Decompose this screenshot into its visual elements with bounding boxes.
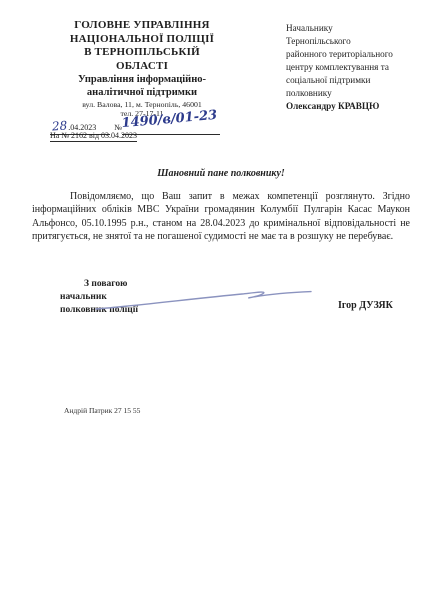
closing-phrase: З повагою bbox=[84, 279, 127, 289]
recipient-line: Начальнику bbox=[286, 22, 418, 35]
recipient-block: Начальнику Тернопільського районного тер… bbox=[286, 22, 418, 113]
salutation: Шановний пане полковнику! bbox=[32, 168, 410, 179]
signer-name: Ігор ДУЗЯК bbox=[338, 300, 393, 311]
body-paragraph: Повідомляємо, що Ваш запит в межах компе… bbox=[32, 190, 410, 244]
sender-unit-line: Управління інформаційно- bbox=[46, 73, 238, 86]
reference-line: На № 2162 від 03.04.2023 bbox=[50, 131, 137, 142]
letter-page: ГОЛОВНЕ УПРАВЛІННЯ НАЦІОНАЛЬНОЇ ПОЛІЦІЇ … bbox=[0, 0, 424, 600]
executor-contact: Андрій Патрик 27 15 55 bbox=[64, 406, 140, 415]
signer-title: начальник полковник поліції bbox=[60, 291, 138, 316]
recipient-line: Тернопільського bbox=[286, 35, 418, 48]
recipient-line: соціальної підтримки bbox=[286, 74, 418, 87]
sender-org-line: ГОЛОВНЕ УПРАВЛІННЯ bbox=[46, 19, 238, 33]
sender-org-line: ОБЛАСТІ bbox=[46, 60, 238, 74]
recipient-line: районного територіального bbox=[286, 48, 418, 61]
recipient-name: Олександру КРАВЦЮ bbox=[286, 100, 418, 113]
signer-title-line: полковник поліції bbox=[60, 304, 138, 317]
recipient-line: полковнику bbox=[286, 87, 418, 100]
recipient-line: центру комплектування та bbox=[286, 61, 418, 74]
signer-title-line: начальник bbox=[60, 291, 138, 304]
sender-unit-line: аналітичної підтримки bbox=[46, 86, 238, 99]
sender-letterhead: ГОЛОВНЕ УПРАВЛІННЯ НАЦІОНАЛЬНОЇ ПОЛІЦІЇ … bbox=[46, 19, 238, 119]
sender-org-line: НАЦІОНАЛЬНОЇ ПОЛІЦІЇ bbox=[46, 33, 238, 47]
sender-org-line: В ТЕРНОПІЛЬСЬКІЙ bbox=[46, 46, 238, 60]
